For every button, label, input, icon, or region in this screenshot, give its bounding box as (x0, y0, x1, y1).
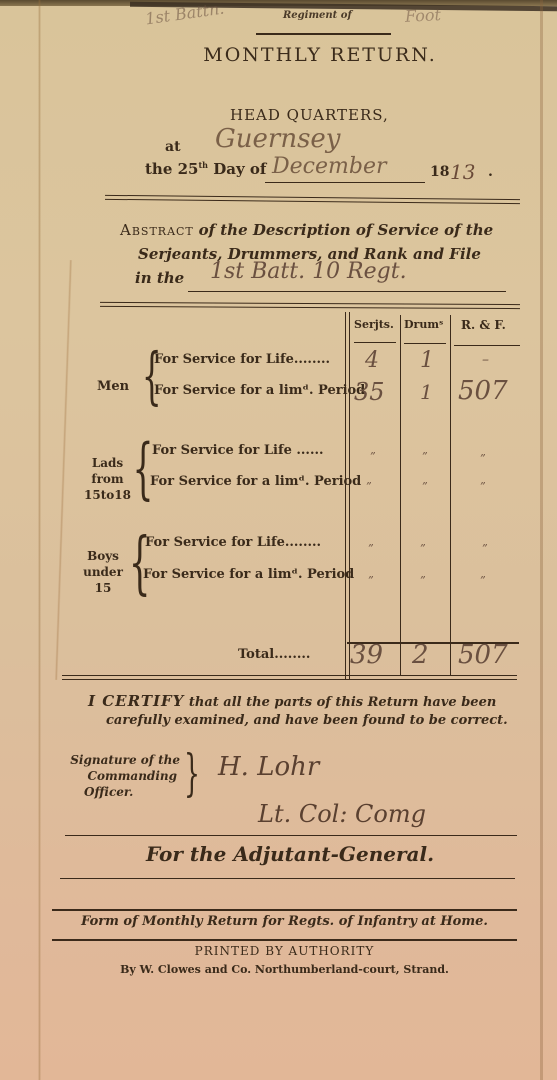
signature-label-line-1: Signature of the (60, 752, 180, 768)
abstract-block: Abstract of the Description of Service o… (120, 218, 520, 290)
regiment-handwritten-suffix: Foot (405, 5, 442, 26)
date-day-of: Day of (208, 160, 266, 178)
total-rank-file: 507 (458, 640, 508, 670)
abstract-lead: Abstract (120, 221, 194, 239)
men-row-life-label: For Service for Life........ (154, 352, 330, 367)
abstract-line-1: Abstract of the Description of Service o… (120, 218, 520, 242)
lads-life-drummers: ” (422, 450, 428, 463)
date-line: the 25th Day of (145, 160, 266, 178)
col-header-serjeants: Serjts. (354, 318, 394, 331)
table-col-line-2 (400, 315, 401, 675)
title-top-rule (256, 33, 391, 35)
paper-right-edge (540, 0, 543, 1080)
head-quarters-rule (105, 195, 520, 204)
table-col-line-3 (450, 315, 451, 675)
regiment-line: 1st Battn. Regiment of Foot (115, 6, 515, 26)
men-life-drummers: 1 (420, 348, 434, 373)
boys-label-line-2: under (78, 564, 128, 580)
header-underline-2 (404, 343, 446, 344)
abstract-line-1-text: of the Description of Service of the (199, 221, 494, 239)
boys-row-limited-label: For Service for a limᵈ. Period (143, 567, 354, 582)
men-limited-rank-file: 507 (458, 376, 508, 406)
men-limited-drummers: 1 (420, 380, 433, 404)
col-header-drummers: Drumˢ (404, 318, 443, 331)
boys-label-line-1: Boys (78, 548, 128, 564)
men-life-rank-file: – (482, 352, 489, 368)
men-life-serjeants: 4 (365, 348, 379, 373)
brace-lads: { (133, 436, 154, 502)
total-label: Total........ (238, 647, 310, 662)
date-prefix: the 25 (145, 160, 198, 178)
men-row-limited-label: For Service for a limᵈ. Period (154, 383, 365, 398)
lads-row-limited-label: For Service for a limᵈ. Period (150, 474, 361, 489)
abstract-line-3: in the 1st Batt. 10 Regt. (120, 266, 520, 290)
header-underline-3 (454, 345, 520, 346)
certify-line-1: I CERTIFY that all the parts of this Ret… (88, 692, 518, 712)
at-label: at (165, 139, 181, 155)
lads-life-rank-file: ” (480, 452, 486, 465)
total-serjeants: 39 (350, 640, 383, 670)
lads-row-life-label: For Service for Life ...... (152, 443, 324, 458)
signature-label-line-2: Commanding (60, 768, 180, 784)
total-drummers: 2 (412, 640, 429, 670)
certify-block: I CERTIFY that all the parts of this Ret… (88, 692, 518, 730)
adjutant-rule (60, 878, 515, 879)
location-handwritten: Guernsey (215, 124, 341, 154)
signature-rank: Lt. Col: Comg (258, 800, 426, 828)
certify-lead: I CERTIFY (88, 692, 184, 710)
table-col-line-1a (345, 312, 346, 680)
brace-signature: } (184, 748, 200, 798)
month-underline (265, 182, 425, 183)
year-printed: 18 (430, 164, 449, 180)
signature-label: Signature of the Commanding Officer. (60, 752, 180, 800)
page-title: MONTHLY RETURN. (150, 44, 490, 66)
table-col-line-1b (349, 312, 350, 680)
lads-life-serjeants: ” (370, 450, 376, 463)
lads-label-line-1: Lads (80, 455, 135, 471)
boys-limited-serjeants: ” (368, 574, 374, 587)
form-title-bottom-rule (52, 939, 517, 941)
year-end: . (488, 164, 493, 180)
printed-by-authority: PRINTED BY AUTHORITY (52, 944, 517, 958)
head-quarters-label: HEAD QUARTERS, (230, 106, 389, 124)
group-label-men: Men (97, 379, 129, 394)
signature-rule (65, 835, 517, 836)
certify-line-1-text: that all the parts of this Return have b… (189, 695, 496, 710)
certify-line-2: carefully examined, and have been found … (88, 712, 518, 730)
col-header-rank-file: R. & F. (461, 318, 506, 332)
header-underline-1 (354, 342, 396, 343)
date-suffix: th (198, 160, 208, 170)
abstract-in-the: in the (135, 269, 184, 287)
group-label-lads: Lads from 15to18 (80, 455, 135, 503)
adjutant-general: For the Adjutant-General. (60, 842, 520, 866)
paper-left-edge (38, 0, 41, 1080)
boys-life-rank-file: ” (482, 542, 488, 555)
men-limited-serjeants: 35 (354, 378, 385, 406)
boys-label-line-3: 15 (78, 580, 128, 596)
lads-label-line-2: from (80, 471, 135, 487)
signature-label-line-3: Officer. (60, 784, 180, 800)
lads-limited-serjeants: ” (366, 480, 372, 493)
printer-line: By W. Clowes and Co. Northumberland-cour… (52, 963, 517, 976)
unit-handwritten: 1st Batt. 10 Regt. (210, 260, 407, 284)
boys-life-serjeants: ” (368, 542, 374, 555)
signature-name: H. Lohr (218, 752, 319, 782)
lads-limited-rank-file: ” (480, 480, 486, 493)
regiment-of-label: Regiment of (283, 10, 352, 21)
month-handwritten: December (272, 154, 386, 179)
boys-limited-drummers: ” (420, 574, 426, 587)
lads-label-line-3: 15to18 (80, 487, 135, 503)
form-title: Form of Monthly Return for Regts. of Inf… (52, 914, 517, 929)
year-handwritten: 13 (450, 160, 475, 184)
unit-underline (188, 291, 506, 292)
abstract-rule (100, 302, 520, 309)
total-bottom-rule (62, 675, 517, 680)
paper-crease (55, 260, 73, 680)
boys-row-life-label: For Service for Life........ (145, 535, 321, 550)
boys-limited-rank-file: ” (480, 574, 486, 587)
group-label-boys: Boys under 15 (78, 548, 128, 596)
lads-limited-drummers: ” (422, 480, 428, 493)
form-title-top-rule (52, 909, 517, 911)
boys-life-drummers: ” (420, 542, 426, 555)
